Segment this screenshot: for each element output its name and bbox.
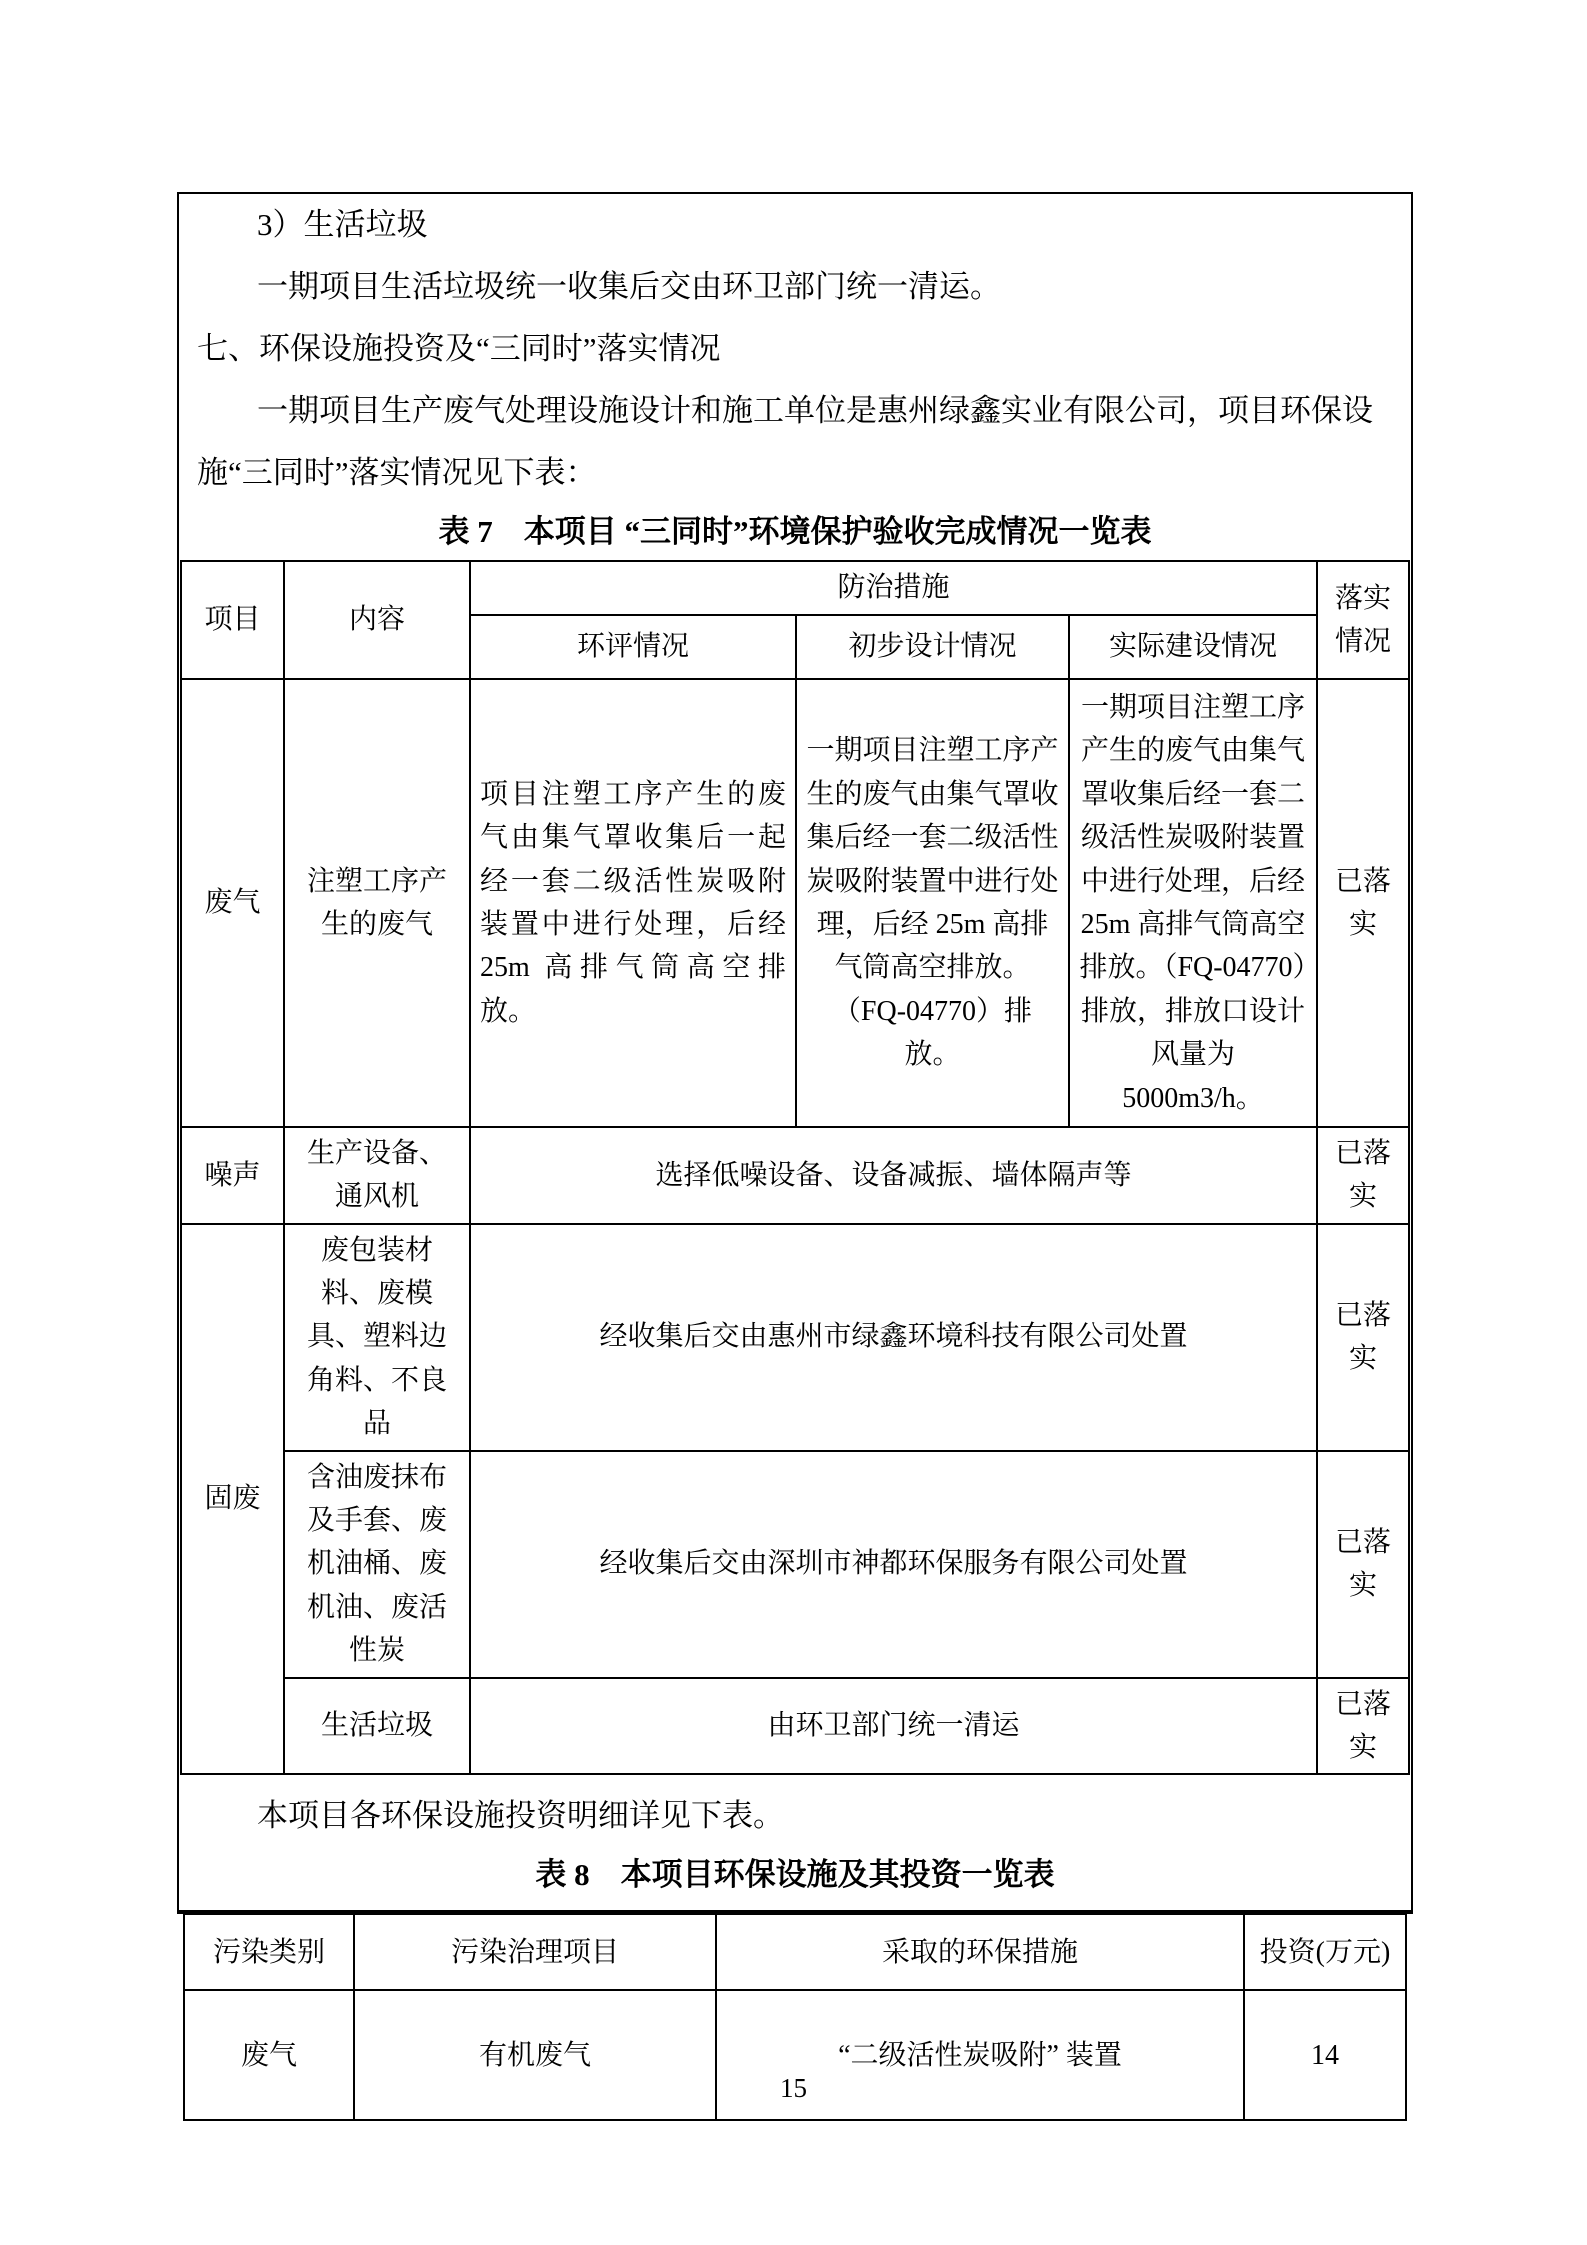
page-number: 15 — [0, 2068, 1587, 2108]
table8-header-project: 污染治理项目 — [354, 1914, 716, 1990]
table7-gas-built: 一期项目注塑工序产生的废气由集气罩收集后经一套二级活性炭吸附装置中进行处理，后经… — [1069, 679, 1317, 1127]
table7-header-eia: 环评情况 — [470, 615, 796, 679]
table7-gas-eia: 项目注塑工序产生的废气由集气罩收集后一起经一套二级活性炭吸附装置中进行处理，后经… — [470, 679, 796, 1127]
document-page: 3）生活垃圾 一期项目生活垃圾统一收集后交由环卫部门统一清运。 七、环保设施投资… — [0, 0, 1587, 2245]
table7-noise-content: 生产设备、通风机 — [284, 1127, 470, 1224]
table7-header-built: 实际建设情况 — [1069, 615, 1317, 679]
table7-header-measures: 防治措施 — [470, 561, 1317, 615]
content-frame: 3）生活垃圾 一期项目生活垃圾统一收集后交由环卫部门统一清运。 七、环保设施投资… — [177, 192, 1413, 1914]
table7-header-design: 初步设计情况 — [796, 615, 1069, 679]
table8-header-row: 污染类别 污染治理项目 采取的环保措施 投资(万元) — [184, 1914, 1406, 1990]
table7-solid2-content: 含油废抹布及手套、废机油桶、废机油、废活性炭 — [284, 1451, 470, 1678]
table7-domestic-status: 已落实 — [1317, 1678, 1409, 1775]
table7-domestic-measure: 由环卫部门统一清运 — [470, 1678, 1317, 1775]
table7-header-item: 项目 — [181, 561, 284, 679]
table7-domestic-content: 生活垃圾 — [284, 1678, 470, 1775]
table7-solid2-measure: 经收集后交由深圳市神都环保服务有限公司处置 — [470, 1451, 1317, 1678]
table7-noise-item: 噪声 — [181, 1127, 284, 1224]
table7-noise-measure: 选择低噪设备、设备减振、墙体隔声等 — [470, 1127, 1317, 1224]
paragraph-facilities-line2: 施“三同时”落实情况见下表： — [179, 442, 1411, 504]
table7-header-content: 内容 — [284, 561, 470, 679]
table7-header-status: 落实情况 — [1317, 561, 1409, 679]
paragraph-domestic-waste-heading: 3）生活垃圾 — [179, 194, 1411, 256]
table7-gas-item: 废气 — [181, 679, 284, 1127]
table8-header-category: 污染类别 — [184, 1914, 354, 1990]
table7-solid1-content: 废包装材料、废模具、塑料边角料、不良品 — [284, 1224, 470, 1451]
section-heading-seven: 七、环保设施投资及“三同时”落实情况 — [179, 318, 1411, 380]
table7-three-simultaneous: 项目 内容 防治措施 落实情况 环评情况 初步设计情况 实际建设情况 废气 注塑… — [180, 560, 1410, 1775]
table7-solid-item: 固废 — [181, 1224, 284, 1775]
table7-solid1-status: 已落实 — [1317, 1224, 1409, 1451]
table7-noise-status: 已落实 — [1317, 1127, 1409, 1224]
table7-row-solid2: 含油废抹布及手套、废机油桶、废机油、废活性炭 经收集后交由深圳市神都环保服务有限… — [181, 1451, 1409, 1678]
table8-header-investment: 投资(万元) — [1244, 1914, 1406, 1990]
table7-solid1-measure: 经收集后交由惠州市绿鑫环境科技有限公司处置 — [470, 1224, 1317, 1451]
paragraph-domestic-waste-body: 一期项目生活垃圾统一收集后交由环卫部门统一清运。 — [179, 256, 1411, 318]
table8-header-measure: 采取的环保措施 — [716, 1914, 1244, 1990]
table7-row-noise: 噪声 生产设备、通风机 选择低噪设备、设备减振、墙体隔声等 已落实 — [181, 1127, 1409, 1224]
table7-solid2-status: 已落实 — [1317, 1451, 1409, 1678]
table8-title: 表 8 本项目环保设施及其投资一览表 — [179, 1847, 1411, 1903]
table7-row-solid1: 固废 废包装材料、废模具、塑料边角料、不良品 经收集后交由惠州市绿鑫环境科技有限… — [181, 1224, 1409, 1451]
table7-row-domestic: 生活垃圾 由环卫部门统一清运 已落实 — [181, 1678, 1409, 1775]
table7-row-gas: 废气 注塑工序产生的废气 项目注塑工序产生的废气由集气罩收集后一起经一套二级活性… — [181, 679, 1409, 1127]
table7-gas-content: 注塑工序产生的废气 — [284, 679, 470, 1127]
paragraph-investment-intro: 本项目各环保设施投资明细详见下表。 — [179, 1785, 1411, 1847]
table7-gas-status: 已落实 — [1317, 679, 1409, 1127]
table7-title: 表 7 本项目 “三同时”环境保护验收完成情况一览表 — [179, 504, 1411, 560]
table7-gas-design: 一期项目注塑工序产生的废气由集气罩收集后经一套二级活性炭吸附装置中进行处理，后经… — [796, 679, 1069, 1127]
paragraph-facilities-line1: 一期项目生产废气处理设施设计和施工单位是惠州绿鑫实业有限公司，项目环保设 — [179, 380, 1411, 442]
table7-header-row-1: 项目 内容 防治措施 落实情况 — [181, 561, 1409, 615]
